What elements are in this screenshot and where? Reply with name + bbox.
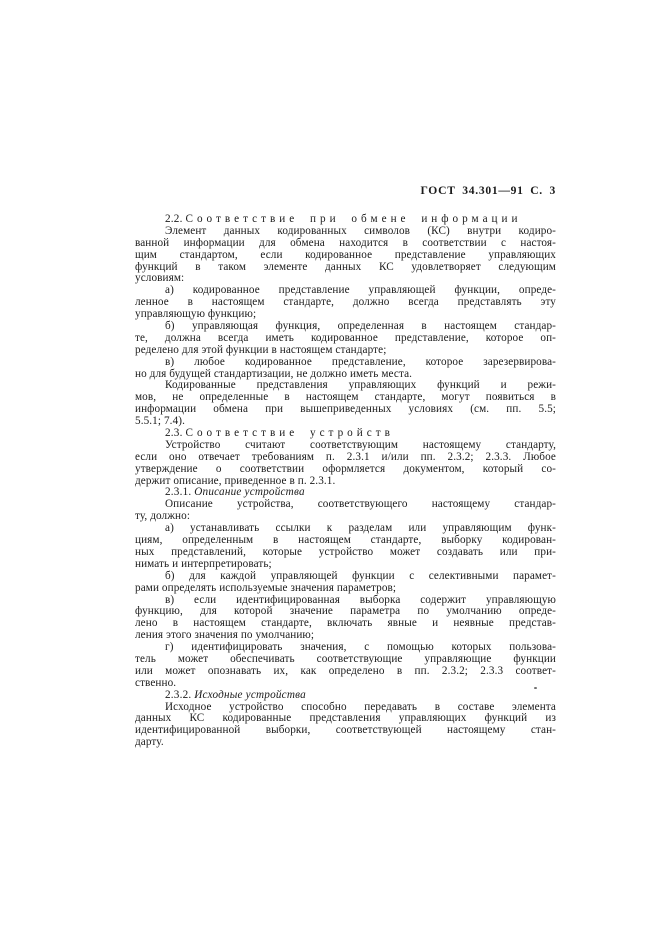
scan-speck xyxy=(534,687,537,689)
text-line: Элемент данных кодированных символов (КС… xyxy=(135,226,556,238)
text-line: Описание устройства, соответствующего на… xyxy=(135,499,556,511)
text-line: щим стандартом, если кодированное предст… xyxy=(135,250,556,262)
document-body: 2.2. Соответствие при обмене информацииЭ… xyxy=(135,214,556,749)
subsection-heading: 2.3.2. Исходные устройства xyxy=(135,690,556,702)
text-line: ванной информации для обмена находится в… xyxy=(135,238,556,250)
section-number: 2.3.2. xyxy=(165,689,191,701)
section-title: Описание устройства xyxy=(194,486,304,498)
text-line: ределено для этой функции в настоящем ст… xyxy=(135,345,556,357)
scanned-document-page: ГОСТ 34.301—91 С. 3 2.2. Соответствие пр… xyxy=(0,0,661,935)
section-title: Соответствие при обмене информации xyxy=(186,213,522,225)
text-line: функций в таком элементе данных КС удовл… xyxy=(135,262,556,274)
text-line: утверждение о соответствии оформляется д… xyxy=(135,464,556,476)
text-line: нимать и интерпретировать; xyxy=(135,559,556,571)
text-line: дарту. xyxy=(135,737,556,749)
page-header-gost-number: ГОСТ 34.301—91 С. 3 xyxy=(135,185,556,197)
section-title: Исходные устройства xyxy=(194,689,306,701)
text-line: б) для каждой управляющей функции с селе… xyxy=(135,571,556,583)
text-line: в) любое кодированное представление, кот… xyxy=(135,357,556,369)
section-number: 2.3.1. xyxy=(165,486,191,498)
text-line: информации обмена при вышеприведенных ус… xyxy=(135,404,556,416)
section-number: 2.3. xyxy=(165,427,183,439)
section-title: Соответствие устройств xyxy=(186,427,394,439)
text-line: если оно отвечает требованиям п. 2.3.1 и… xyxy=(135,452,556,464)
text-line: идентифицированной выборки, соответствую… xyxy=(135,725,556,737)
text-line: те, должна всегда иметь кодированное пре… xyxy=(135,333,556,345)
text-line: рами определять используемые значения па… xyxy=(135,583,556,595)
text-line: или может опознавать их, как определено … xyxy=(135,666,556,678)
section-number: 2.2. xyxy=(165,213,183,225)
